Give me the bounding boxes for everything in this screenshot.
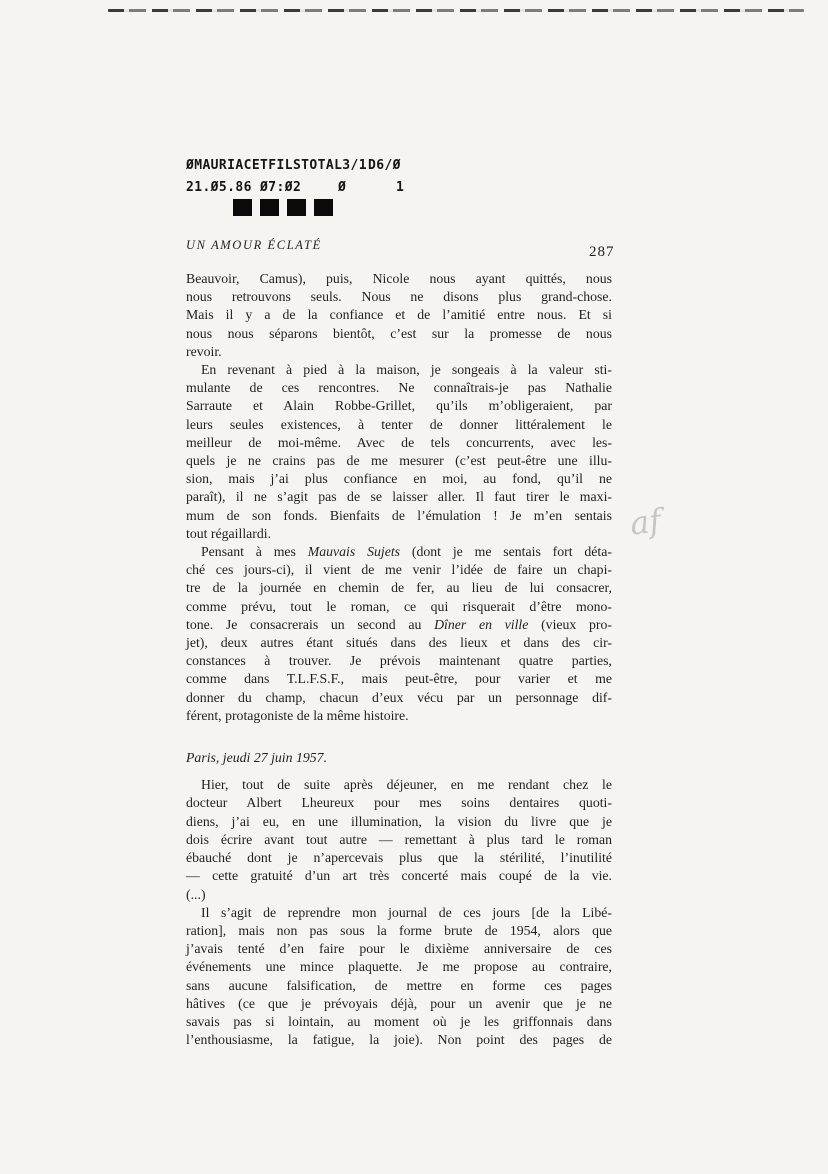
text-line: hâtives (ce que je prévoyais déjà, pour … [186,995,612,1013]
text-line: jet), deux autres étant situés dans des … [186,634,612,652]
scanner-counter-zero: Ø [338,180,346,195]
text-line: mum de son fonds. Bienfaits de l’émulati… [186,507,612,525]
text-line: Beauvoir, Camus), puis, Nicole nous ayan… [186,270,612,288]
text-line: mulante de ces rencontres. Ne connaîtrai… [186,379,612,397]
text-line: nous retrouvons seuls. Nous ne disons pl… [186,288,612,306]
running-head-title: UN AMOUR ÉCLATÉ [186,238,322,253]
text-line: docteur Albert Lheureux pour mes soins d… [186,794,612,812]
text-line: savais pas si lointain, au moment où je … [186,1013,612,1031]
handwritten-margin-note: af [628,501,663,542]
text-line: revoir. [186,343,612,361]
registration-marks [233,199,333,216]
scanner-datetime: 21.Ø5.86 Ø7:Ø2 [186,180,301,195]
black-square-mark [287,199,306,216]
text-line: dois écrire avant tout autre — remettant… [186,831,612,849]
text-line: férent, protagoniste de la même histoire… [186,707,612,725]
text-line: tre de la journée en chemin de fer, au l… [186,579,612,597]
black-square-mark [314,199,333,216]
text-line: j’avais tenté d’en faire pour le dixième… [186,940,612,958]
text-line: donner du champ, chacun d’eux vécu par u… [186,689,612,707]
text-line: comme prévu, tout le roman, ce qui risqu… [186,598,612,616]
text-line: tone. Je consacrerais un second au Dîner… [186,616,612,634]
text-line: Mais il y a de la confiance et de l’amit… [186,306,612,324]
paragraph: Il s’agit de reprendre mon journal de ce… [186,904,612,1050]
text-line: Hier, tout de suite après déjeuner, en m… [186,776,612,794]
date-heading: Paris, jeudi 27 juin 1957. [186,749,612,767]
scanned-book-page: ØMAURIACETFILSTOTAL3/1 D6/Ø 21.Ø5.86 Ø7:… [0,0,828,1174]
text-line: tout régaillardi. [186,525,612,543]
text-line: meilleur de moi-même. Avec de tels concu… [186,434,612,452]
text-line: sion, mais j’ai plus confiance en moi, a… [186,470,612,488]
text-line: diens, j’ai eu, en une illumination, la … [186,813,612,831]
paragraph: En revenant à pied à la maison, je songe… [186,361,612,543]
paragraph: Beauvoir, Camus), puis, Nicole nous ayan… [186,270,612,361]
scanner-code-label: ØMAURIACETFILSTOTAL3/1 [186,158,367,173]
text-line: ration], mais non pas sous la forme brut… [186,922,612,940]
text-line: Sarraute et Alain Robbe-Grillet, qu’ils … [186,397,612,415]
text-line: événements une mince plaquette. Je me pr… [186,958,612,976]
black-square-mark [260,199,279,216]
body-text-column: Beauvoir, Camus), puis, Nicole nous ayan… [186,270,612,1049]
text-line: quels je ne crains pas de me mesurer (c’… [186,452,612,470]
text-line: En revenant à pied à la maison, je songe… [186,361,612,379]
page-number: 287 [589,244,615,261]
text-line: ché ces jours-ci), il vient de me venir … [186,561,612,579]
text-line: Pensant à mes Mauvais Sujets (dont je me… [186,543,612,561]
text-line: Il s’agit de reprendre mon journal de ce… [186,904,612,922]
text-line: l’enthousiasme, la fatigue, la joie). No… [186,1031,612,1049]
text-line: nous nous séparons bientôt, c’est sur la… [186,325,612,343]
text-line: comme dans T.L.F.S.F., mais peut-être, p… [186,670,612,688]
text-line: (...) [186,886,612,904]
text-line: constances à trouver. Je prévois mainten… [186,652,612,670]
scanner-counter-one: 1 [396,180,404,195]
paragraph: Hier, tout de suite après déjeuner, en m… [186,776,612,903]
text-line: sans aucune falsification, de mettre en … [186,977,612,995]
paragraph: Pensant à mes Mauvais Sujets (dont je me… [186,543,612,725]
text-line: leurs seules existences, à tenter de don… [186,416,612,434]
black-square-mark [233,199,252,216]
text-line: ébauché dont je n’apercevais plus que la… [186,849,612,867]
text-line: paraît), il ne s’agit pas de se laisser … [186,488,612,506]
text-line: — cette gratuité d’un art très concerté … [186,867,612,885]
scanner-code-suffix: D6/Ø [368,158,401,173]
scan-edge-artifact [108,9,804,12]
